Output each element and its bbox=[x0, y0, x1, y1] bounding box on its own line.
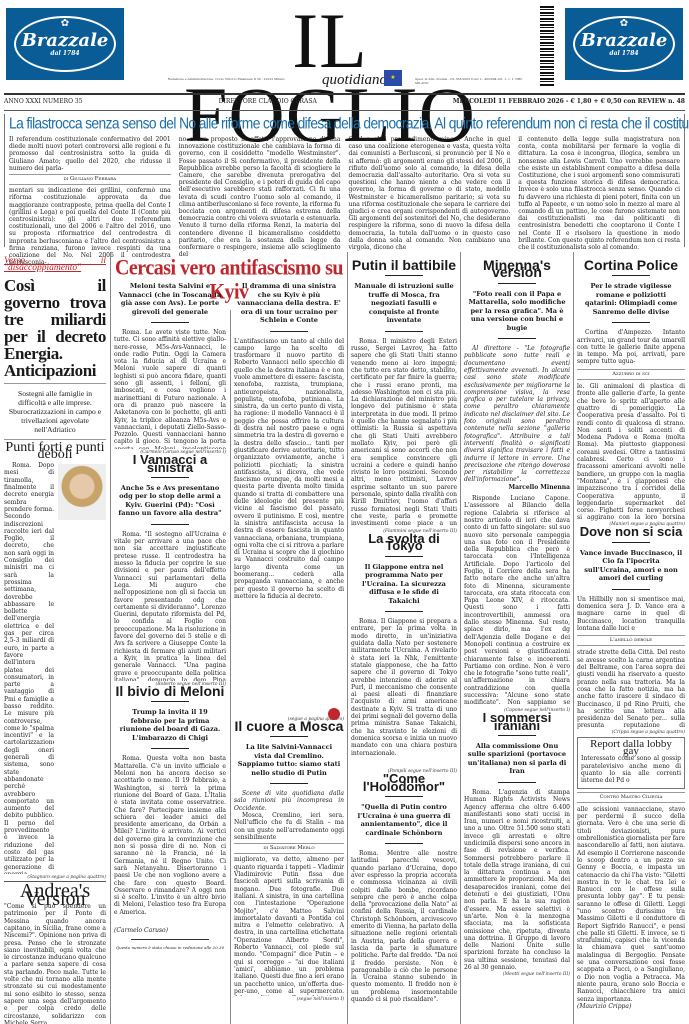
divider bbox=[270, 783, 308, 784]
lead-col1a: Il referendum costituzionale confermativ… bbox=[9, 136, 171, 172]
leaf-icon: ✿ bbox=[61, 18, 69, 29]
minenna-letter: Al direttore - "Le fotografie pubblicate… bbox=[464, 345, 570, 484]
brand-name: Brazzale bbox=[22, 32, 109, 50]
issue-number: ANNO XXXI NUMERO 35 bbox=[4, 98, 83, 108]
divider bbox=[151, 701, 189, 702]
mosca-byline: di Salvatore Merlo bbox=[234, 843, 344, 854]
newspaper-subtitle: quotidiano bbox=[322, 72, 387, 89]
column-divider bbox=[110, 252, 111, 1024]
brand-name: Brazzale bbox=[581, 32, 668, 50]
vannacci-deck: Anche 5s e Avs presentano odg per lo sto… bbox=[114, 484, 226, 518]
antifa-body-right: L'antifascismo un tanto al chilo del cam… bbox=[234, 338, 344, 716]
divider bbox=[385, 611, 423, 612]
mosca-headline[interactable]: Il cuore a Mosca bbox=[234, 723, 344, 730]
divider bbox=[4, 93, 685, 95]
vannacci-body: Roma. "Il sostegno all'Ucraina è vitale … bbox=[114, 531, 226, 681]
cortina-headline[interactable]: Cortina Police bbox=[577, 262, 685, 269]
divider bbox=[498, 735, 536, 736]
cortina-deck: Per le strade vigilesse romane e polizio… bbox=[577, 282, 685, 316]
tokyo-headline[interactable]: La svolta di Tokyo bbox=[351, 535, 457, 550]
cortina-column[interactable]: Cortina Police Per le strade vigilesse r… bbox=[577, 252, 685, 1024]
divider bbox=[385, 331, 423, 332]
lead-byline: di Giuliano Ferrara bbox=[9, 174, 171, 185]
energia-article[interactable]: Verso il "disaccoppiamento" Così il gove… bbox=[4, 252, 106, 1024]
divider bbox=[612, 542, 650, 543]
column-divider bbox=[573, 252, 574, 1024]
iraniani-deck: Alla commissione Onu sulle sparizioni (p… bbox=[464, 742, 570, 776]
energia-body: Roma. Dopo mesi di tiramolla, finalmente… bbox=[4, 462, 54, 874]
lead-article[interactable]: La filastrocca senza senso del No alle r… bbox=[4, 114, 685, 247]
divider bbox=[385, 556, 423, 557]
iraniani-continuation[interactable]: (Meotti segue nell'inserto III) bbox=[503, 971, 570, 978]
divider bbox=[612, 275, 650, 276]
leaf-icon: ✿ bbox=[620, 18, 628, 29]
lead-col2: no aveva proposto in effetti l'approvazi… bbox=[179, 136, 341, 258]
putin-body: Roma. Il ministro degli Esteri russo, Se… bbox=[351, 338, 457, 528]
cortina-byline: Azzurro di sci bbox=[577, 369, 685, 380]
bivio-headline[interactable]: Il bivio di Meloni bbox=[114, 688, 226, 695]
brazzale-ad-right[interactable]: ✿ Brazzale dal 1784 bbox=[565, 8, 683, 80]
divider bbox=[385, 796, 423, 797]
putin-column[interactable]: Putin il battibile Manuale di istruzioni… bbox=[351, 252, 457, 1024]
divider bbox=[151, 748, 189, 749]
antifa-left-column[interactable]: Meloni testa Salvini e Vannacci (che in … bbox=[114, 282, 226, 1024]
divider bbox=[131, 939, 209, 940]
holodomor-deck: "Quella di Putin contro l'Ucraina è una … bbox=[351, 803, 457, 837]
lobby-byline: Contro Mastro Ciliegia bbox=[577, 792, 685, 803]
lobby-headline[interactable]: Report dalla lobby gay bbox=[581, 741, 681, 756]
holodomor-body: Roma. Mentre alle nostre latitudini pare… bbox=[351, 850, 457, 1003]
divider bbox=[4, 383, 106, 384]
antifa-deck-left: Meloni testa Salvini e Vannacci (che in … bbox=[114, 282, 226, 316]
director: DIRETTORE CLAUDIO CERASA bbox=[219, 98, 317, 108]
tokyo-body: Roma. Il Giappone si prepara a entrare, … bbox=[351, 618, 457, 768]
divider bbox=[270, 331, 308, 332]
energia-kicker: Verso il "disaccoppiamento" bbox=[4, 252, 106, 273]
divider bbox=[151, 524, 189, 525]
sci-body1: Un Hillbilly non si smentisce mai, domen… bbox=[577, 596, 685, 632]
divider bbox=[498, 782, 536, 783]
column-divider bbox=[347, 252, 348, 1024]
divider bbox=[4, 110, 685, 111]
divider bbox=[385, 275, 423, 276]
divider bbox=[385, 843, 423, 844]
lead-headline[interactable]: La filastrocca senza senso del No alle r… bbox=[5, 113, 684, 135]
barcode-icon bbox=[540, 6, 554, 86]
divider bbox=[612, 322, 650, 323]
closing-note: Questo numero è stato chiuso in redazion… bbox=[114, 944, 226, 951]
andrea-title[interactable]: Andrea's Version bbox=[4, 888, 106, 903]
mosca-body1: Mosca, Cremlino, ieri sera. Nell'ufficio… bbox=[234, 812, 344, 841]
energia-subhead: Punti forti e punti deboli bbox=[4, 444, 106, 459]
iraniani-body: Roma. L'agenzia di stampa Human Rights A… bbox=[464, 789, 570, 971]
iraniani-headline[interactable]: I sommersi iraniani bbox=[464, 714, 570, 729]
antifa-body-left: Roma. Le avete viste tutte. Non tutte. C… bbox=[114, 329, 226, 449]
masthead: ✿ Brazzale dal 1784 IL FOGLIO Redazione … bbox=[0, 0, 689, 90]
divider bbox=[270, 736, 308, 737]
minenna-headline[interactable]: Minenna's version bbox=[464, 262, 570, 277]
sci-headline[interactable]: Dove non si scia bbox=[577, 528, 685, 535]
mosca-intro: Scene di vita quotidiana dalla sala riun… bbox=[234, 790, 344, 812]
bivio-author: (Carmelo Caruso) bbox=[114, 927, 226, 934]
issue-info-bar: ANNO XXXI NUMERO 35 DIRETTORE CLAUDIO CE… bbox=[4, 98, 685, 108]
lead-col3: Cnel e altri provvedimenti minori. Anche… bbox=[349, 136, 511, 251]
antifa-deck-right: Il dramma di una sinistra che su Kyiv è … bbox=[234, 282, 344, 325]
divider bbox=[498, 283, 536, 284]
tokyo-deck: Il Giappone entra nel programma Nato per… bbox=[351, 563, 457, 606]
editorial-address: Redazione e Amministrazione: Corso Vitto… bbox=[168, 77, 318, 81]
putin-headline[interactable]: Putin il battibile bbox=[351, 262, 457, 269]
brand-since: dal 1784 bbox=[609, 50, 638, 57]
divider bbox=[612, 589, 650, 590]
andrea-body: "Come si può spendere un patrimonio per … bbox=[4, 903, 106, 1024]
divider bbox=[498, 338, 536, 339]
minenna-signature: Marcello Minenna bbox=[464, 484, 570, 491]
column-divider bbox=[460, 252, 461, 1024]
divider bbox=[151, 477, 189, 478]
cortina-body1: Cortina d'Ampezzo. Intanto arrivarci, un… bbox=[577, 329, 685, 365]
minenna-body: Risponde Luciano Capone. L'assessore al … bbox=[464, 495, 570, 707]
cherry-icon bbox=[328, 708, 340, 720]
antifa-right-column[interactable]: Il dramma di una sinistra che su Kyiv è … bbox=[234, 282, 344, 1024]
sci-byline: L'anello debole bbox=[577, 635, 685, 646]
sci-body2: strade strette della Città. Del resto se… bbox=[577, 649, 685, 729]
lead-col4: il contenuto della legge sulla magistrat… bbox=[518, 136, 680, 251]
vannacci-headline[interactable]: I Vannacci a sinistra bbox=[114, 456, 226, 471]
column-divider bbox=[230, 310, 231, 1024]
holodomor-headline[interactable]: "Come l'Holodomor" bbox=[351, 775, 457, 790]
brand-since: dal 1784 bbox=[50, 50, 79, 57]
lobby-author: (Maurizio Crippa) bbox=[577, 1003, 685, 1010]
date-price: MERCOLEDÌ 11 FEBBRAIO 2026 - € 1,80 + € … bbox=[453, 98, 685, 108]
bivio-deck: Trump la invita il 19 febbraio per la pr… bbox=[114, 708, 226, 742]
brazzale-ad-left[interactable]: ✿ Brazzale dal 1784 bbox=[6, 8, 124, 80]
mosca-deck: La lite Salvini-Vannacci vista dal Creml… bbox=[234, 743, 344, 777]
energia-deck: Sostegni alle famiglie in difficoltà e a… bbox=[4, 389, 106, 434]
mosca-continuation[interactable]: (segue nell'inserto I) bbox=[297, 996, 344, 1003]
bivio-body: Roma. Questa volta non basta Mattarella.… bbox=[114, 755, 226, 927]
cortina-body2: le. Gli animaloni di plastica di fronte … bbox=[577, 383, 685, 521]
minenna-deck: "Foto reali con il Papa e Mattarella, so… bbox=[464, 290, 570, 333]
minenna-column[interactable]: Minenna's version "Foto reali con il Pap… bbox=[464, 252, 570, 1024]
putin-deck: Manuale di istruzioni sulle truffe di Mo… bbox=[351, 282, 457, 325]
energia-headline[interactable]: Così il governo trova tre miliardi per i… bbox=[4, 277, 106, 379]
lobby-body: alle scissioni vannacciane, stavo per pe… bbox=[577, 806, 685, 1003]
divider bbox=[151, 322, 189, 323]
sci-continuation[interactable]: (Crippa segue a pagina quattro) bbox=[612, 729, 685, 736]
meloni-photo bbox=[58, 464, 106, 520]
mosca-body2: migliorato, va detto, almeno per quanto … bbox=[234, 856, 344, 996]
lobby-box[interactable]: Report dalla lobby gay Interessato come … bbox=[577, 737, 685, 789]
eu-flag-icon: ★ bbox=[384, 70, 402, 86]
lobby-intro: Interessato come sono al gossip paratele… bbox=[581, 755, 681, 784]
sci-deck: Vance invade Buccinasco, il Cio fa l'ipo… bbox=[577, 549, 685, 583]
postal-info: Sped. in Abb. Postale - DL 353/2003 Conv… bbox=[415, 77, 535, 85]
